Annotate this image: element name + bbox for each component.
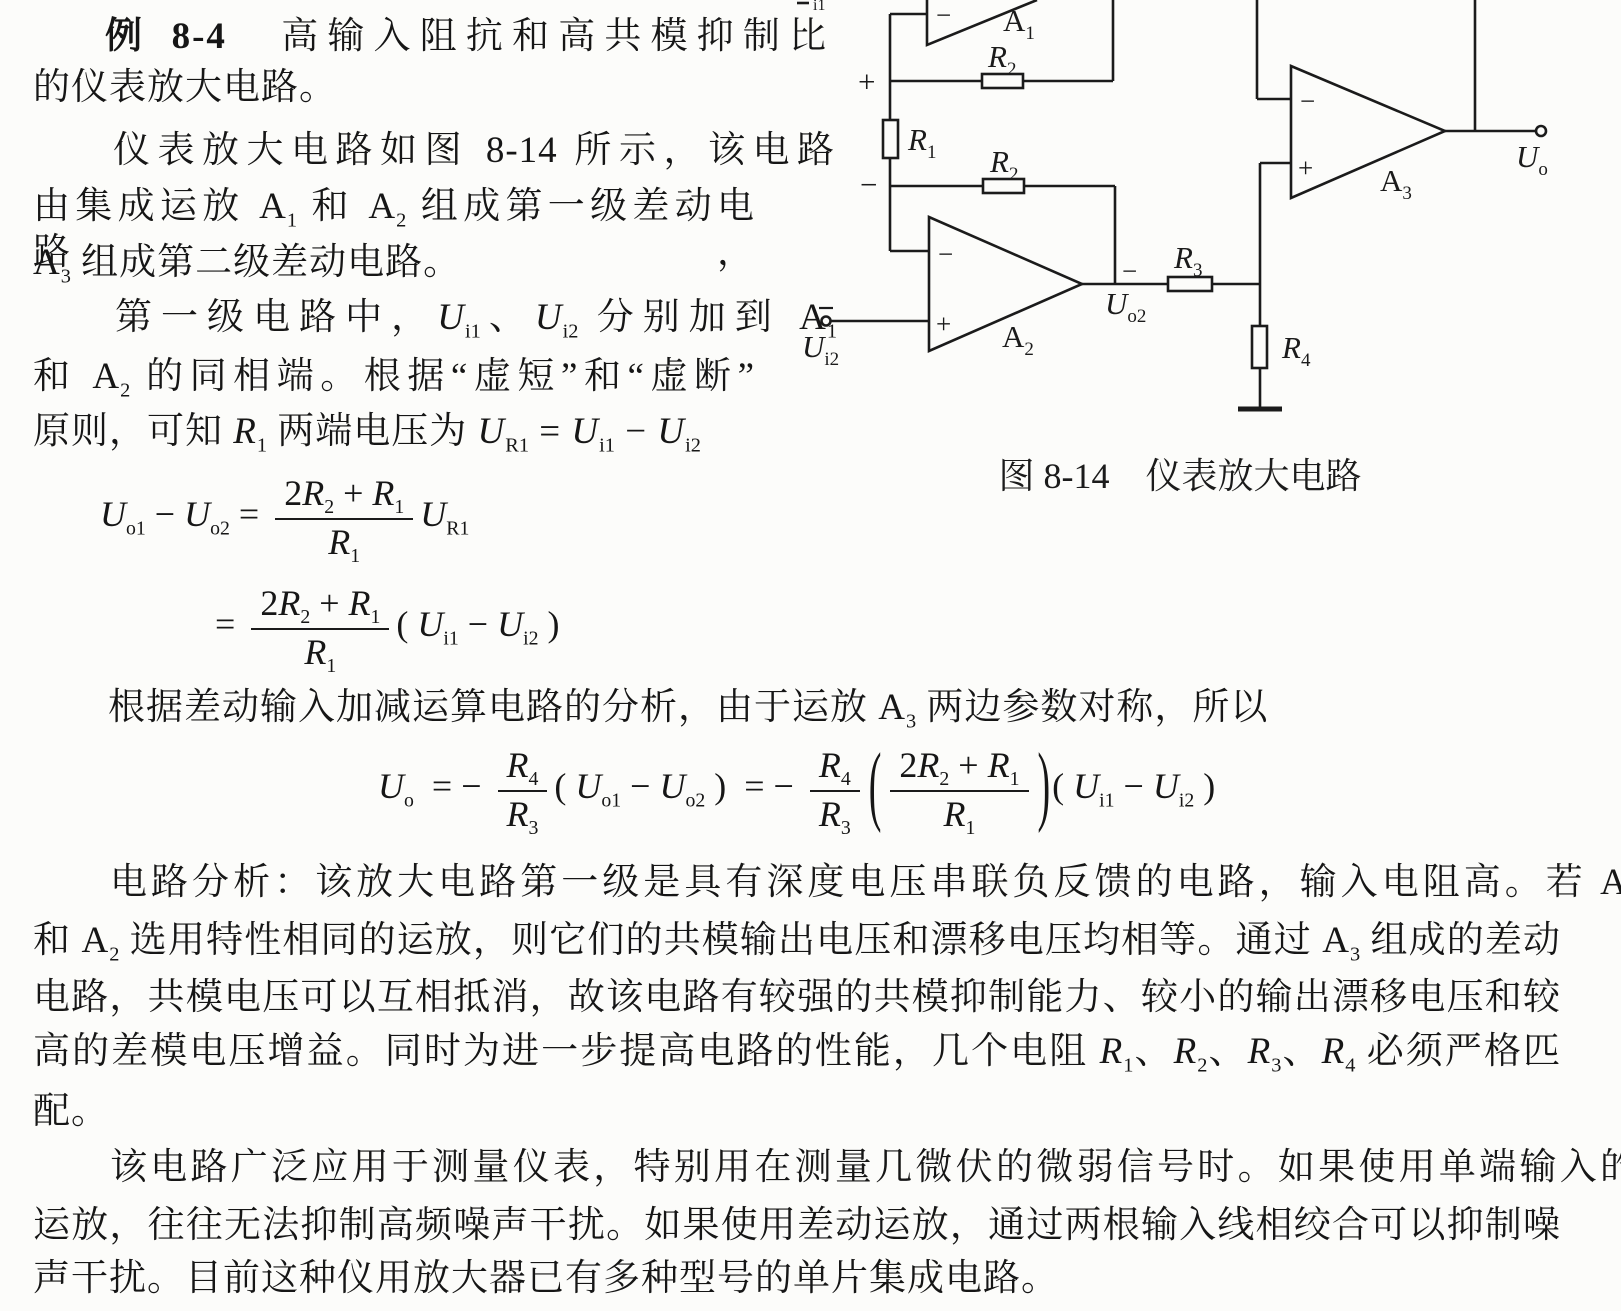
a3-plus-sign: + xyxy=(1298,153,1313,183)
para5-line3: 电路，共模电压可以互相抵消，故该电路有较强的共模抑制能力、较小的输出漂移电压和较 xyxy=(33,975,1561,1021)
para6-line3: 声干扰。目前这种仪用放大器已有多种型号的单片集成电路。 xyxy=(33,1256,1561,1302)
a1-minus-sign: − xyxy=(936,0,951,30)
textbook-page: 例 8-4 高输入阻抗和高共模抑制比 的仪表放大电路。 仪表放大电路如图 8-1… xyxy=(0,0,1621,1311)
resistor-r2-bottom-branch xyxy=(890,179,1115,284)
resistor-r3-label: R3 xyxy=(1173,240,1202,281)
para3-line1: 第一级电路中，Ui1、Ui2 分别加到 A1 xyxy=(33,295,837,341)
formula-uo-result-content: Uo = − R4R3( Uo1 − Uo2 ) = − R4R3(2R2 + … xyxy=(378,745,1215,835)
formula-uo-result: Uo = − R4R3( Uo1 − Uo2 ) = − R4R3(2R2 + … xyxy=(378,742,1215,838)
a2-minus-sign: − xyxy=(938,239,953,269)
para2-line3: A3 组成第二级差动电路。 xyxy=(33,240,755,286)
uo2-minus-polarity: − xyxy=(1122,256,1137,286)
wire-a3-inverting-feedback xyxy=(1257,0,1291,99)
formula-uo1-uo2-line2-content: = 2R2 + R1R1( Ui1 − Ui2 ) xyxy=(215,583,560,673)
resistor-r2-bottom-label: R2 xyxy=(989,144,1018,185)
resistor-r4-symbol xyxy=(1252,326,1267,368)
para5-line4: 高的差模电压增益。同时为进一步提高电路的性能，几个电阻 R1、R2、R3、R4 … xyxy=(33,1029,1561,1075)
figure-caption: 图 8-14 仪表放大电路 xyxy=(999,456,1362,496)
input-terminal-ui2 xyxy=(819,308,929,326)
opamp-a1-label: A1 xyxy=(1003,3,1035,44)
figure-8-14-circuit: i1 − A1 + R2 R1 − R2 − + A2 Ui2 Uo2 − R3… xyxy=(760,0,1621,520)
resistor-r4-label: R4 xyxy=(1281,330,1311,371)
para3-line3: 原则，可知 R1 两端电压为 UR1 = Ui1 − Ui2 xyxy=(33,409,755,455)
ur1-plus-polarity: + xyxy=(858,64,875,99)
a2-plus-sign: + xyxy=(936,309,951,339)
ur1-minus-polarity: − xyxy=(860,167,877,202)
uo-label: Uo xyxy=(1516,139,1548,180)
a3-minus-sign: − xyxy=(1300,86,1315,116)
resistor-r4-branch xyxy=(1238,284,1282,409)
resistor-r3-symbol xyxy=(1168,277,1212,291)
resistor-r1-label: R1 xyxy=(907,122,936,163)
resistor-r2-top-symbol xyxy=(982,74,1023,88)
resistor-r1-symbol xyxy=(883,120,898,158)
uo2-label: Uo2 xyxy=(1105,286,1146,327)
para2-line1: 仪表放大电路如图 8-14 所示，该电路 xyxy=(33,128,835,174)
para6-line2: 运放，往往无法抑制高频噪声干扰。如果使用差动运放，通过两根输入线相绞合可以抑制噪 xyxy=(33,1203,1561,1249)
para5-line5: 配。 xyxy=(33,1089,1561,1135)
formula-uo1-uo2-line1: Uo1 − Uo2 = 2R2 + R1R1UR1 xyxy=(100,470,469,566)
ui2-label: Ui2 xyxy=(802,329,839,370)
para6-line1: 该电路广泛应用于测量仪表，特别用在测量几微伏的微弱信号时。如果使用单端输入的 xyxy=(33,1145,1621,1191)
opamp-a2-symbol xyxy=(890,217,1082,351)
output-terminal-uo xyxy=(1445,0,1546,136)
para5-line2: 和 A2 选用特性相同的运放，则它们的共模输出电压和漂移电压均相等。通过 A3 … xyxy=(33,918,1561,964)
formula-uo1-uo2-line2: = 2R2 + R1R1( Ui1 − Ui2 ) xyxy=(215,580,560,676)
opamp-a3-label: A3 xyxy=(1380,163,1412,204)
para5-line1: 电路分析：该放大电路第一级是具有深度电压串联负反馈的电路，输入电阻高。若 A1 xyxy=(33,860,1621,906)
opamp-a2-label: A2 xyxy=(1002,319,1034,360)
para3-line2: 和 A2 的同相端。根据“虚短”和“虚断” xyxy=(33,354,755,400)
ui1-label-clipped: i1 xyxy=(813,0,825,14)
para4-line1: 根据差动输入加减运算电路的分析，由于运放 A3 两边参数对称，所以 xyxy=(33,685,1621,731)
formula-uo1-uo2-line1-content: Uo1 − Uo2 = 2R2 + R1R1UR1 xyxy=(100,473,469,563)
resistor-r2-top-label: R2 xyxy=(987,39,1016,80)
wire-a3-noninverting xyxy=(1260,163,1291,284)
para1-line2: 的仪表放大电路。 xyxy=(33,65,755,111)
para1-line1: 例 8-4 高输入阻抗和高共模抑制比 xyxy=(33,14,827,60)
